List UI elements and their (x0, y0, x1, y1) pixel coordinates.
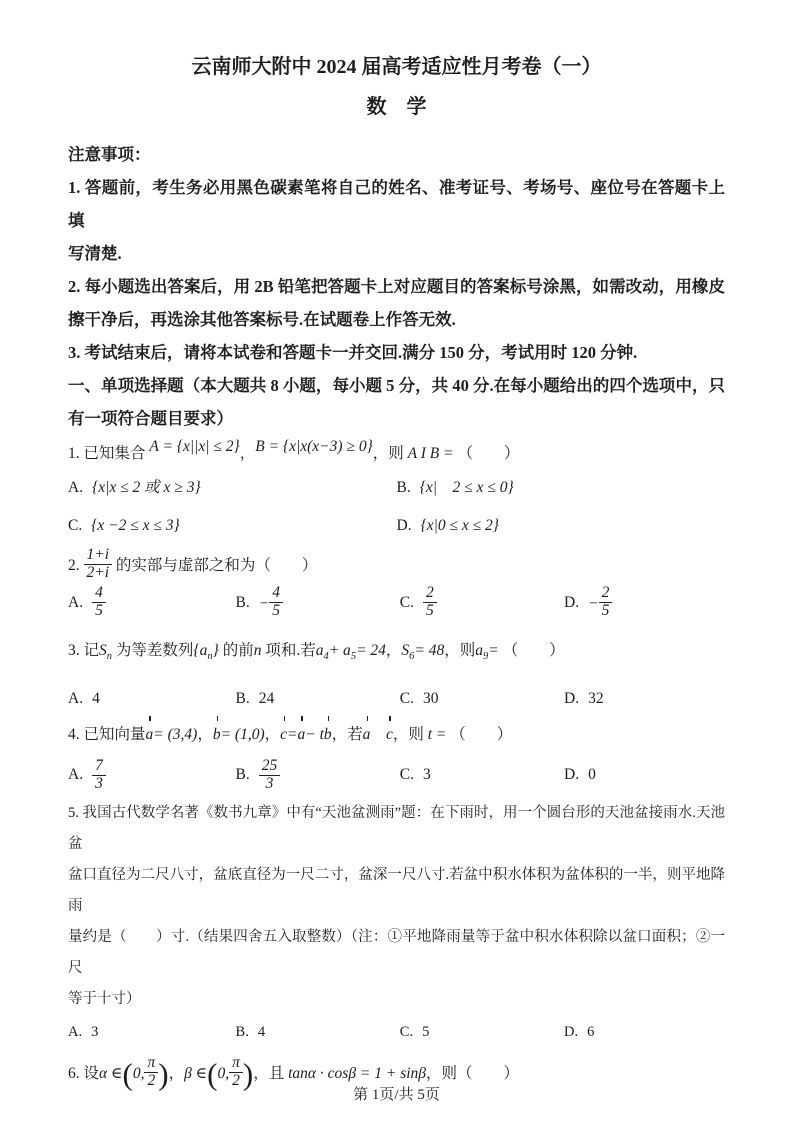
option-label: B. (397, 475, 411, 501)
stem-text: ，若 (332, 726, 363, 743)
pi-over-2: π2 (144, 1066, 158, 1083)
complex-fraction: 1+i2+i (84, 557, 113, 574)
fraction: 45 (92, 585, 106, 619)
question-number: 6. (68, 1066, 80, 1083)
option-a: A.{x|x ≤ 2 或 x ≥ 3} (68, 475, 397, 501)
option-value: 5 (422, 1019, 429, 1045)
notice-block: 注意事项： 1. 答题前，考生务必用黑色碳素笔将自己的姓名、准考证号、考场号、座… (68, 138, 725, 435)
question-2: 2. 1+i2+i 的实部与虚部之和为（ ） A.45 B.−45 C.25 D… (68, 547, 725, 620)
stem-text: 项和.若 (265, 642, 315, 659)
symbol-S: S (99, 642, 107, 659)
option-c: C.3 (400, 758, 564, 792)
option-label: D. (397, 513, 412, 539)
question-number: 2. (68, 557, 80, 574)
question-2-stem: 2. 1+i2+i 的实部与虚部之和为（ ） (68, 547, 725, 581)
option-a: A.3 (68, 1019, 236, 1045)
option-b: B.{x| 2 ≤ x ≤ 0} (397, 475, 726, 501)
beta-in: β ∈ (184, 1066, 207, 1083)
fraction: 25 (599, 585, 613, 619)
alpha-in: α ∈ (99, 1066, 123, 1083)
equals-48: = 48 (414, 642, 444, 659)
stem-text: 的前 (223, 642, 254, 659)
equals-sign: = (488, 642, 498, 659)
option-label: B. (236, 686, 250, 712)
notice-heading: 注意事项： (68, 138, 725, 171)
option-value: 4 (258, 1019, 265, 1045)
question-number: 1. (68, 445, 80, 462)
option-d: D.0 (564, 758, 725, 792)
fraction: 25 (423, 585, 437, 619)
option-label: C. (400, 590, 414, 616)
question-number: 3. (68, 642, 80, 659)
minus-t: − t (305, 726, 324, 743)
subject-title: 数 学 (68, 94, 725, 120)
option-label: A. (68, 686, 83, 712)
option-c: C.5 (400, 1019, 564, 1045)
option-label: A. (68, 475, 83, 501)
option-d: D.32 (564, 686, 725, 712)
equals-sign: = (287, 726, 297, 743)
option-value: 24 (259, 686, 275, 712)
option-value: −25 (588, 585, 612, 619)
answer-blank: （ ） (503, 642, 565, 659)
option-value: {x −2 ≤ x ≤ 3} (91, 513, 180, 539)
option-label: C. (400, 1019, 413, 1045)
option-value: {x|0 ≤ x ≤ 2} (421, 513, 499, 539)
question-5: 5. 我国古代数学名著《数书九章》中有“天池盆测雨”题：在下雨时，用一个圆台形的… (68, 798, 725, 1045)
question-3-stem: 3. 记Sn 为等差数列{an} 的前n 项和.若a4+ a5= 24，S6= … (68, 636, 725, 672)
option-value: 3 (423, 762, 431, 788)
option-b: B.4 (236, 1019, 400, 1045)
section-heading-line1: 一、单项选择题（本大题共 8 小题，每小题 5 分，共 40 分.在每小题给出的… (68, 369, 725, 402)
option-c: C.30 (400, 686, 564, 712)
stem-text: ，则 (373, 445, 404, 462)
vector-c: c (280, 720, 287, 750)
sequence-open: {a (193, 642, 207, 659)
notice-line-2b: 擦干净后，再选涂其他答案标号.在试题卷上作答无效. (68, 303, 725, 336)
option-d: D.6 (564, 1019, 725, 1045)
option-value: 73 (92, 758, 106, 792)
answer-blank: ，则（ ） (426, 1066, 519, 1083)
trig-equation: tanα · cosβ = 1 + sinβ (288, 1066, 426, 1083)
option-value: 25 (423, 585, 437, 619)
notice-line-1a: 1. 答题前，考生务必用黑色碳素笔将自己的姓名、准考证号、考场号、座位号在答题卡… (68, 171, 725, 237)
minus-sign: − (588, 596, 598, 613)
option-a: A.45 (68, 585, 236, 619)
stem-text: ， (197, 726, 213, 743)
stem-text: ，则 (444, 642, 475, 659)
page-title: 云南师大附中 2024 届高考适应性月考卷（一） (68, 54, 725, 80)
question-5-line2: 盆口直径为二尺八寸，盆底直径为一尺二寸，盆深一尺八寸.若盆中积水体积为盆体积的一… (68, 860, 725, 922)
option-value: 253 (259, 758, 281, 792)
option-label: B. (236, 1019, 249, 1045)
symbol-S: S (401, 642, 409, 659)
page-number: 第 1页/共 5页 (0, 1083, 793, 1104)
stem-text: ，则 (393, 726, 424, 743)
option-c: C.{x −2 ≤ x ≤ 3} (68, 513, 397, 539)
formula-set-a: A = {x||x| ≤ 2} (149, 432, 239, 462)
option-label: A. (68, 1019, 82, 1045)
option-label: A. (68, 590, 83, 616)
symbol-n: n (254, 642, 262, 659)
option-value: {x|x ≤ 2 或 x ≥ 3} (92, 475, 201, 501)
sequence-close: } (213, 642, 219, 659)
question-5-line4: 等于十寸） (68, 984, 725, 1015)
minus-sign: − (259, 596, 269, 613)
option-label: B. (236, 590, 250, 616)
question-4-stem: 4. 已知向量a= (3,4)，b= (1,0)，c=a− tb，若a c，则 … (68, 720, 725, 750)
option-label: C. (400, 762, 414, 788)
stem-text: ， (169, 1066, 185, 1083)
option-value: 0 (588, 762, 596, 788)
stem-text: 已知向量 (84, 726, 146, 743)
symbol-t-equals: t = (428, 726, 447, 743)
option-value: 32 (588, 686, 604, 712)
option-label: D. (564, 1019, 578, 1045)
answer-blank: （ ） (450, 726, 512, 743)
question-4: 4. 已知向量a= (3,4)，b= (1,0)，c=a− tb，若a c，则 … (68, 720, 725, 792)
vector-a: a (146, 720, 154, 750)
subscript: n (107, 651, 112, 662)
option-value: 3 (91, 1019, 98, 1045)
option-value: −45 (259, 585, 283, 619)
option-b: B.24 (236, 686, 400, 712)
equals-24: = 24 (356, 642, 386, 659)
vector-a: a (298, 720, 306, 750)
notice-line-3: 3. 考试结束后，请将本试卷和答题卡一并交回.满分 150 分，考试用时 120… (68, 336, 725, 369)
fraction: 1+i2+i (84, 547, 113, 581)
option-b: B.253 (236, 758, 400, 792)
option-label: D. (564, 686, 579, 712)
notice-line-1b: 写清楚. (68, 237, 725, 270)
formula-set-b: B = {x|x(x−3) ≥ 0} (255, 432, 373, 462)
stem-text: ， (240, 445, 256, 462)
exam-page: 云南师大附中 2024 届高考适应性月考卷（一） 数 学 注意事项： 1. 答题… (0, 0, 793, 1122)
stem-text: 记 (84, 642, 100, 659)
fraction: 73 (92, 758, 106, 792)
fraction: 45 (269, 585, 283, 619)
question-5-options: A.3 B.4 C.5 D.6 (68, 1019, 725, 1045)
option-d: D.{x|0 ≤ x ≤ 2} (397, 513, 726, 539)
question-1: 1. 已知集合 A = {x||x| ≤ 2}，B = {x|x(x−3) ≥ … (68, 439, 725, 539)
symbol-a: a (475, 642, 483, 659)
vector-b-value: = (1,0) (221, 726, 265, 743)
vector-a: a (363, 720, 371, 750)
option-c: C.25 (400, 585, 564, 619)
question-3-options: A.4 B.24 C.30 D.32 (68, 686, 725, 712)
question-1-stem: 1. 已知集合 A = {x||x| ≤ 2}，B = {x|x(x−3) ≥ … (68, 439, 725, 469)
stem-text: ， (265, 726, 281, 743)
interval-left: 0, (217, 1066, 229, 1083)
option-label: D. (564, 590, 579, 616)
missing-operator-gap (370, 726, 386, 743)
stem-text: 设 (84, 1066, 100, 1083)
question-1-options-row1: A.{x|x ≤ 2 或 x ≥ 3} B.{x| 2 ≤ x ≤ 0} (68, 475, 725, 501)
option-value: 6 (587, 1019, 594, 1045)
option-value: 30 (423, 686, 439, 712)
question-2-options: A.45 B.−45 C.25 D.−25 (68, 585, 725, 619)
question-number: 4. (68, 726, 80, 743)
stem-text: 已知集合 (84, 445, 146, 462)
stem-text: ， (386, 642, 402, 659)
vector-b: b (213, 720, 221, 750)
option-b: B.−45 (236, 585, 400, 619)
question-5-line3: 量约是（ ）寸.（结果四舍五入取整数）（注：①平地降雨量等于盆中积水体积除以盆口… (68, 922, 725, 984)
question-4-options: A.73 B.253 C.3 D.0 (68, 758, 725, 792)
option-value: {x| 2 ≤ x ≤ 0} (420, 475, 514, 501)
option-label: B. (236, 762, 250, 788)
answer-blank: （ ） (457, 445, 519, 462)
stem-text: 的实部与虚部之和为（ ） (116, 557, 318, 574)
question-3: 3. 记Sn 为等差数列{an} 的前n 项和.若a4+ a5= 24，S6= … (68, 636, 725, 712)
vector-a-value: = (3,4) (153, 726, 197, 743)
option-d: D.−25 (564, 585, 725, 619)
stem-text: ，且 (253, 1066, 284, 1083)
fraction: 253 (259, 758, 281, 792)
question-1-options-row2: C.{x −2 ≤ x ≤ 3} D.{x|0 ≤ x ≤ 2} (68, 513, 725, 539)
option-value: 4 (92, 686, 100, 712)
option-value: 45 (92, 585, 106, 619)
symbol-plus-a: + a (329, 642, 351, 659)
option-label: A. (68, 762, 83, 788)
question-5-line1: 5. 我国古代数学名著《数书九章》中有“天池盆测雨”题：在下雨时，用一个圆台形的… (68, 798, 725, 860)
vector-b: b (324, 720, 332, 750)
vector-c: c (386, 720, 393, 750)
pi-over-2: π2 (229, 1066, 243, 1083)
section-heading-line2: 有一项符合题目要求） (68, 402, 725, 435)
stem-text: 为等差数列 (116, 642, 194, 659)
interval-left: 0, (133, 1066, 145, 1083)
option-label: C. (400, 686, 414, 712)
option-label: D. (564, 762, 579, 788)
option-a: A.73 (68, 758, 236, 792)
notice-line-2a: 2. 每小题选出答案后，用 2B 铅笔把答题卡上对应题目的答案标号涂黑，如需改动… (68, 270, 725, 303)
formula-query: A I B = (408, 445, 454, 462)
option-a: A.4 (68, 686, 236, 712)
option-label: C. (68, 513, 82, 539)
